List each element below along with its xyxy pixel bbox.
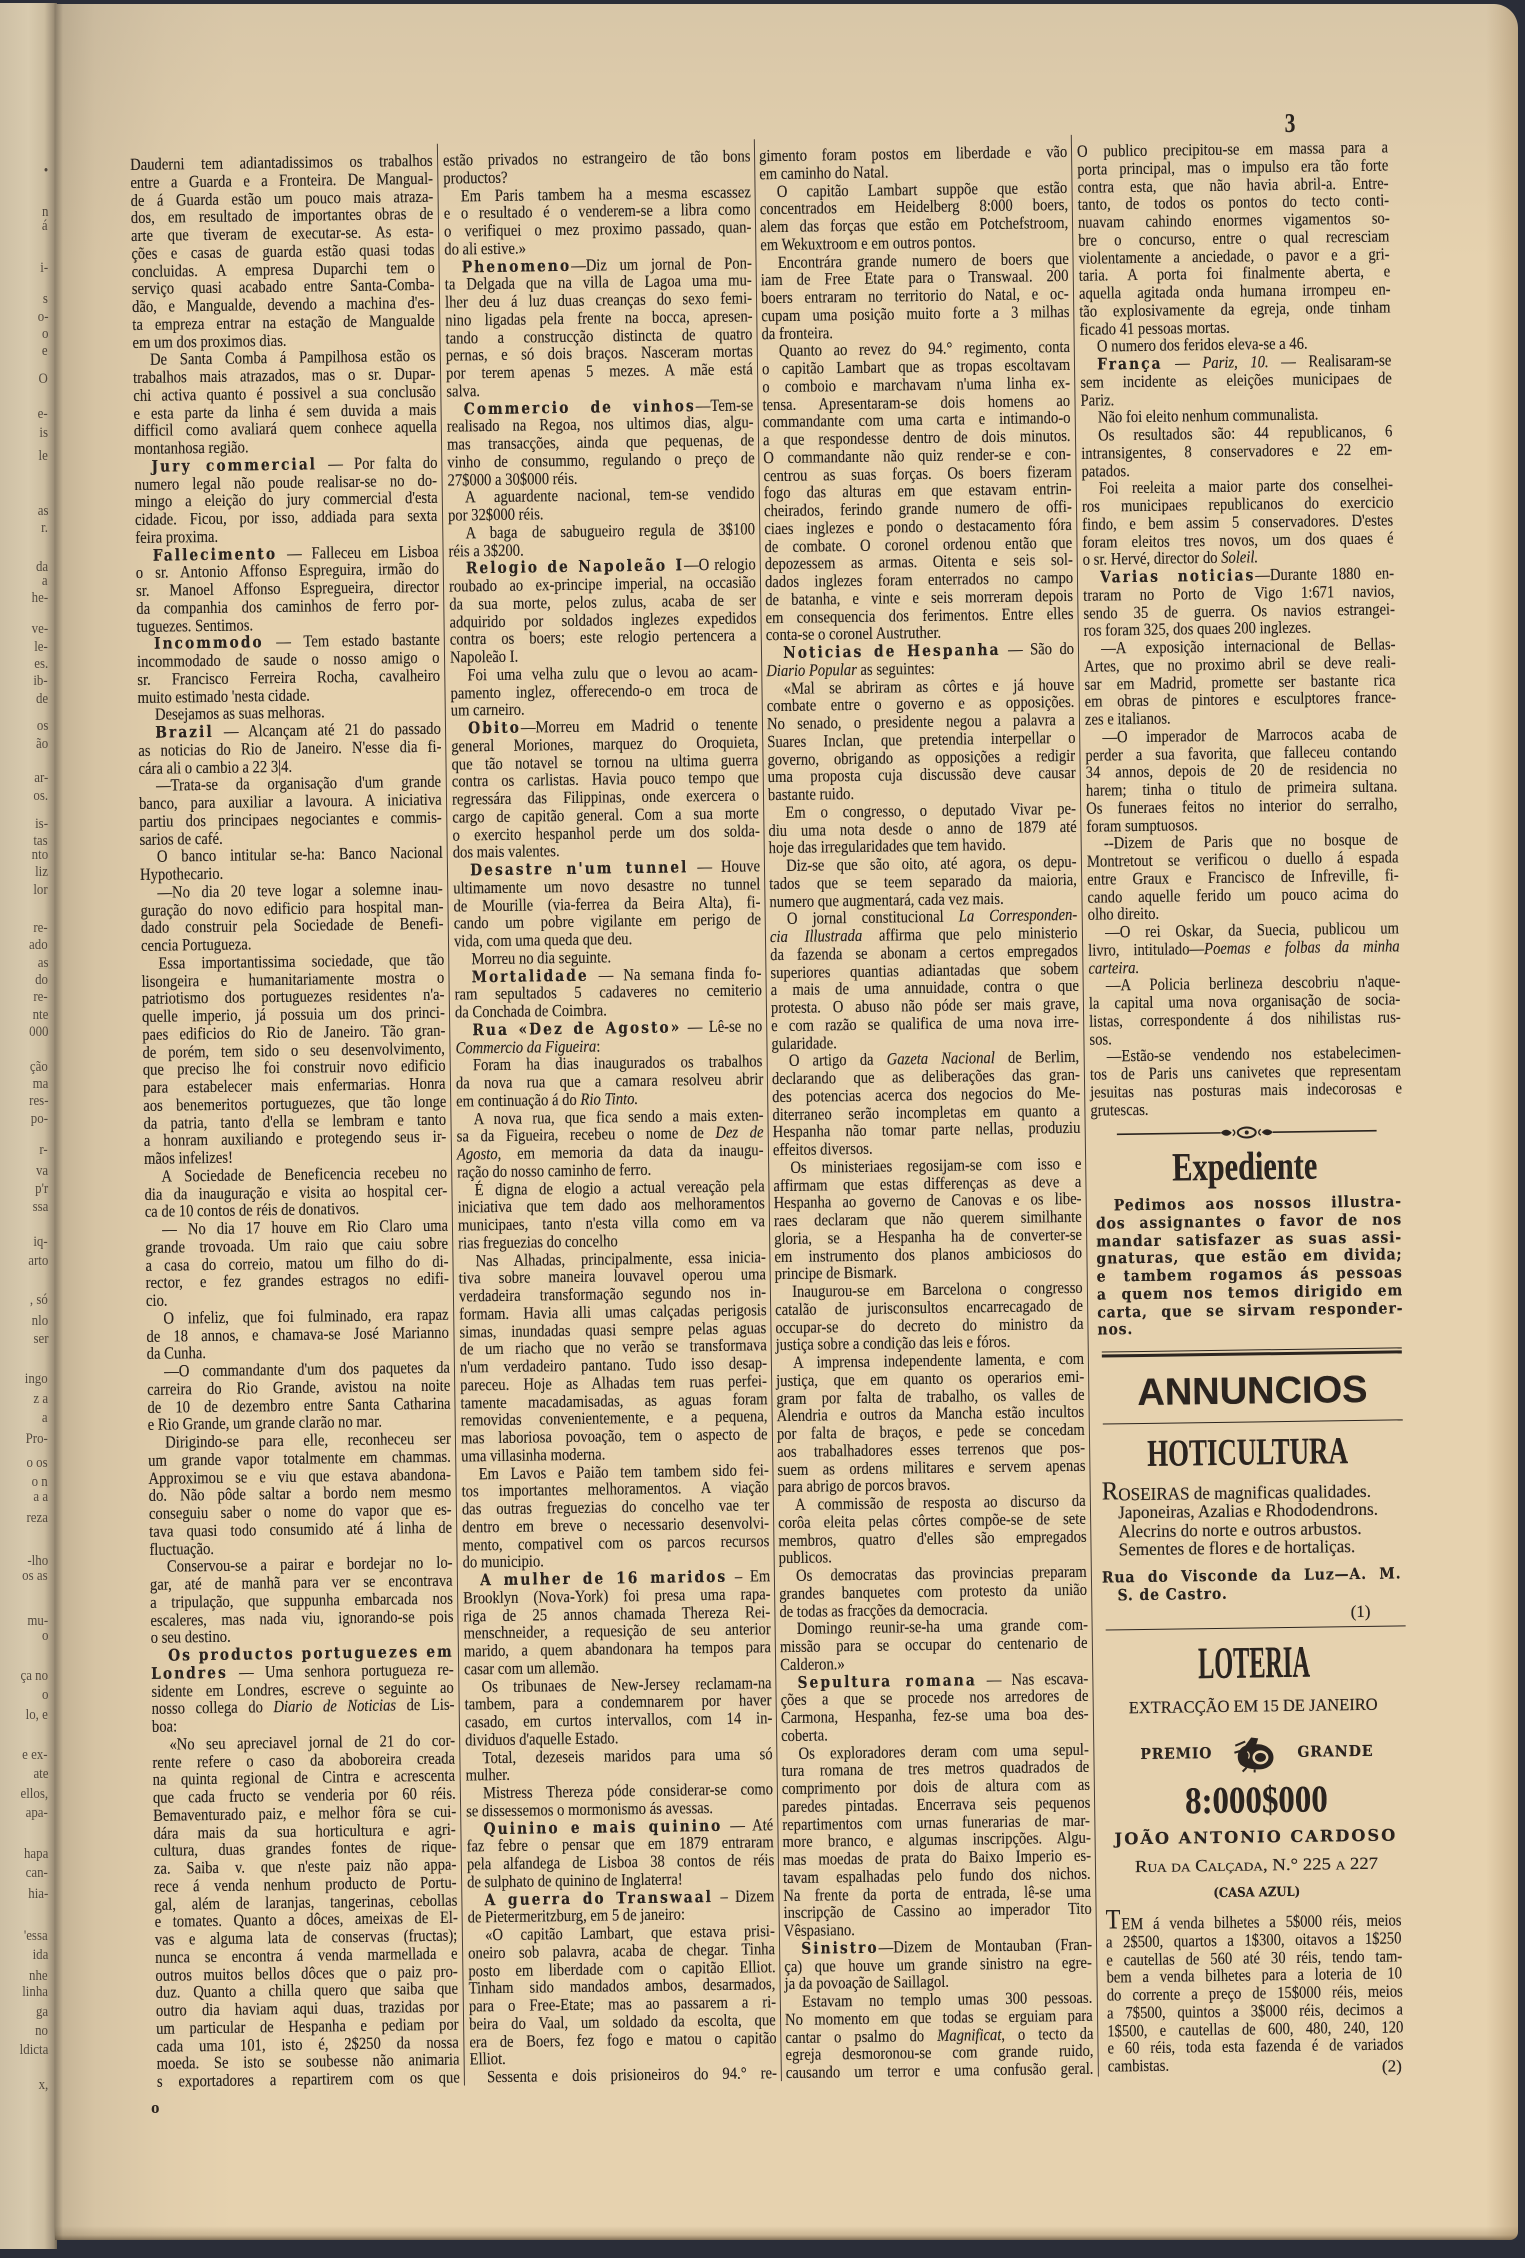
paragraph: Em o congresso, o deputado Vivar pe-diu …: [768, 800, 1077, 858]
column-1: Dauderni tem adiantadissimos os trabalho…: [130, 152, 460, 2091]
paragraph: «O capitão Lambart, que estava prisi-one…: [468, 1922, 777, 2068]
loteria-title-text: LOTERIA: [1198, 1640, 1310, 1687]
vendor-name: JOÃO ANTONIO CARDOSO: [1114, 1827, 1397, 1847]
vendor-house: (CASA AZUL): [1213, 1886, 1300, 1901]
text-line: Sessenta e dois prisioneiros do 94.° re-: [470, 2064, 777, 2086]
line-text: publicos.: [779, 1549, 832, 1568]
ornamental-divider-icon: [1117, 1124, 1377, 1142]
loteria-ad-title: LOTERIA: [1198, 1640, 1311, 1687]
line-text: Calderon.»: [780, 1655, 845, 1674]
paragraph: estão privados no estrangeiro de tão bon…: [443, 147, 750, 187]
draw-date: EXTRACÇÃO EM 15 DE JANEIRO: [1129, 1696, 1378, 1716]
prize-label-text: GRANDE: [1297, 1743, 1373, 1760]
expediente-notice: Pedimos aos nossos illustra- dos assigna…: [1096, 1192, 1404, 1338]
paragraph: O jornal constitucional La Corresponden-…: [770, 906, 1080, 1052]
horticultura-address: Rua do Visconde da Luz—A. M. S. de Castr…: [1102, 1564, 1402, 1604]
text-line: S. de Castro.: [1102, 1582, 1402, 1604]
annuncios-title: ANNUNCIOS: [1137, 1371, 1368, 1412]
paragraph: Sessenta e dois prisioneiros do 94.° re-: [470, 2064, 777, 2086]
paragraph: Desastre n'um tunnel — Houveultimamente …: [453, 857, 761, 950]
draw-date-text: EXTRACÇÃO EM 15 DE JANEIRO: [1129, 1696, 1378, 1716]
line-text: Elliot.: [469, 2050, 505, 2068]
column-2: estão privados no estrangeiro de tão bon…: [443, 147, 777, 2086]
paragraph: Dirigindo-se para elle, reconheceu serum…: [148, 1430, 453, 1558]
paragraph: A Sociedade de Beneficencia recebeu nodi…: [144, 1163, 448, 1220]
paragraph: A baga de sabugueiro regula de 3$100réis…: [448, 520, 755, 560]
line-text: mulher.: [466, 1766, 511, 1784]
paragraph: O artigo da Gazeta Nacional de Berlim,de…: [772, 1048, 1081, 1159]
paragraph: A guerra do Transwaal – Dizemde Pieterme…: [467, 1887, 774, 1927]
line-text: cio.: [146, 1292, 168, 1310]
horticultura-title-text: HOTICULTURA: [1147, 1432, 1348, 1473]
paragraph: Nas Alhadas, principalmente, essa inicia…: [458, 1248, 768, 1465]
line-text: S. de Castro.: [1117, 1585, 1227, 1604]
text-line: cambistas.: [1108, 2053, 1404, 2075]
text-line: nos.: [1097, 1317, 1403, 1339]
line-text: salva.: [446, 382, 480, 400]
article-headline: Obito: [468, 718, 521, 738]
paragraph: Dauderni tem adiantadissimos os trabalho…: [130, 152, 436, 351]
paragraph: Os exploradores deram com uma sepul-tura…: [781, 1740, 1092, 1940]
initial-letter: R: [1102, 1483, 1119, 1502]
horticultura-ad-body: ROSEIRAS de magnificas qualidades. Japon…: [1102, 1481, 1403, 1558]
paragraph: O capitão Lambart suppõe que estãoconcen…: [759, 178, 1068, 253]
paragraph: Os productos portuguezes emLondres — Uma…: [151, 1643, 455, 1736]
paragraph: É digna de elogio a actual vereação pela…: [457, 1177, 765, 1252]
paragraph: Foi uma velha zulu que o levou ao acam-p…: [450, 662, 758, 720]
paragraph: De Santa Comba á Pampilhosa estão ostrab…: [133, 347, 437, 458]
line-text: Sementes de flores e de hortaliças.: [1119, 1537, 1356, 1559]
paragraph: A imprensa independente lamenta, e comju…: [776, 1350, 1086, 1496]
lottery-emblem-icon: [1232, 1733, 1278, 1773]
paragraph: —Trata-se da organisação d'um grandebanc…: [139, 773, 443, 848]
loteria-ad-body: TEM á venda bilhetes a 5$000 réis, meios…: [1106, 1911, 1404, 2075]
prize-label-text: PREMIO: [1140, 1745, 1212, 1762]
vendor-house-text: (CASA AZUL): [1213, 1886, 1300, 1901]
double-rule: [1102, 1347, 1402, 1357]
paragraph: Total, dezeseis maridos para uma sómulhe…: [465, 1745, 772, 1785]
line-text: fluctuação.: [149, 1539, 214, 1558]
line-text: boa:: [152, 1717, 177, 1735]
paragraph: Mortalidade — Na semana finda fo-ram sep…: [454, 964, 762, 1022]
horticultura-ad-title: HOTICULTURA: [1147, 1432, 1349, 1473]
paragraph: A commissão de resposta ao discurso daco…: [778, 1492, 1087, 1567]
paragraph: O banco intitular se-ha: Banco NacionalH…: [140, 844, 443, 884]
italic-title: Diario de Noticias: [273, 1696, 396, 1717]
column-3: gimento foram postos em liberdade e vãoe…: [759, 143, 1094, 2082]
paragraph: Estavam no templo umas 300 pessoas.No mo…: [785, 1989, 1094, 2082]
expediente-title: Expediente: [1172, 1146, 1318, 1188]
article-headline: Brazil: [155, 722, 214, 742]
text-line: causando um terror e uma confusão geral.: [786, 2060, 1094, 2082]
paragraph: Sepultura romana — Nas escava-ções a que…: [780, 1669, 1089, 1744]
paragraph: Commercio de vinhos—Tem-serealisado na R…: [446, 396, 754, 489]
paragraph: —O commandante d'um dos paquetes dacarre…: [147, 1359, 451, 1434]
text-line: Sementes de flores e de hortaliças.: [1102, 1536, 1402, 1558]
prize-label-right: GRANDE: [1297, 1743, 1373, 1760]
paragraph: Foram ha dias inaugurados os trabalhosda…: [456, 1053, 764, 1111]
vendor-address: Rua da Calçada, N.° 225 a 227: [1135, 1856, 1378, 1875]
line-text: coberta.: [781, 1726, 828, 1744]
paragraph: «No seu apreciavel jornal de 21 do cor-r…: [152, 1731, 460, 2090]
prize-label-left: PREMIO: [1140, 1745, 1212, 1762]
italic-title: Agosto: [457, 1144, 498, 1164]
paragraph: Mistress Thereza póde considerar-se como…: [466, 1780, 773, 1820]
paragraph: Quinino e mais quinino — Atéfaz febre o …: [466, 1816, 774, 1891]
paragraph: Noticias de Hespanha — São doDiario Popu…: [766, 640, 1074, 680]
paragraph: Brazil — Alcançam até 21 do passadoas no…: [138, 720, 442, 777]
paragraph: A aguardente nacional, tem-se vendidopor…: [448, 485, 755, 525]
paragraph: Quanto ao revez do 94.° regimento, conta…: [762, 338, 1074, 644]
line-text: nos.: [1097, 1320, 1133, 1338]
paragraph: Em Paris tambem ha a mesma escasseze o r…: [443, 183, 751, 258]
text-line: s exportadores a repartirem com os que: [157, 2069, 460, 2091]
paragraph: Diz-se que são oito, até agora, os depu-…: [769, 853, 1078, 911]
printed-content: Dauderni tem adiantadissimos os trabalho…: [0, 0, 1525, 2258]
annuncios-title-text: ANNUNCIOS: [1137, 1371, 1368, 1412]
paragraph: Obito—Morreu em Madrid o tenentegeneral …: [451, 715, 760, 861]
paragraph: Os tribunaes de New-Jersey reclamam-nata…: [464, 1674, 772, 1749]
line-text: causando um terror e uma confusão geral.: [786, 2060, 1094, 2082]
paragraph: O infeliz, que foi fulminado, era rapazd…: [146, 1305, 450, 1362]
italic-title: Dez de: [715, 1123, 763, 1143]
section-rule: [1103, 1419, 1403, 1424]
section-rule: [1106, 1625, 1406, 1630]
paragraph: A mulher de 16 maridos – EmBrooklyn (Nov…: [463, 1567, 771, 1678]
line-text: da Cunha.: [147, 1344, 207, 1363]
ad-reference-number: (2): [1380, 2057, 1402, 2075]
paragraph: Sinistro—Dizem de Montauban (Fran-ça) qu…: [784, 1935, 1093, 1993]
paragraph: Relogio de Napoleão I—O relogioroubado a…: [449, 556, 757, 667]
paragraph: Jury commercial — Por falta donumero leg…: [134, 453, 438, 546]
expediente-title-text: Expediente: [1172, 1146, 1318, 1188]
paragraph: Domingo reunir-se-ha uma grande com-miss…: [780, 1616, 1089, 1674]
prize-amount: 8:000$000: [1185, 1780, 1329, 1820]
paragraph: gimento foram postos em liberdade e vãoe…: [759, 143, 1067, 183]
paragraph: Em Lavos e Paião tem tambem sido fei-tos…: [461, 1461, 769, 1572]
paragraph: Os democratas das provincias preparamgra…: [779, 1563, 1088, 1621]
line-text: s exportadores a repartirem com os que: [157, 2069, 460, 2091]
line-text: cambistas.: [1108, 2057, 1170, 2076]
prize-amount-text: 8:000$000: [1185, 1780, 1328, 1820]
paragraph: «Mal se abriram as côrtes e já houvecomb…: [766, 675, 1076, 804]
italic-title: Rio Tinto.: [580, 1089, 638, 1109]
advertisements-column: Expediente Pedimos aos nossos illustra- …: [1075, 0, 1417, 2245]
line-text: productos?: [443, 168, 507, 187]
vendor-address-text: Rua da Calçada, N.° 225 a 227: [1135, 1856, 1378, 1875]
paragraph: — No dia 17 houve em Rio Claro umagrande…: [145, 1217, 449, 1310]
paragraph: Encontrára grande numero de boers queiam…: [760, 249, 1069, 342]
paragraph: —No dia 20 teve logar a solemne inau-gur…: [140, 879, 444, 954]
paragraph: Inaugurou-se em Barcelona o congressocat…: [775, 1279, 1084, 1354]
paragraph: Os ministeriaes regosijam-se com isso ea…: [773, 1155, 1083, 1284]
line-text: Sessenta e dois prisioneiros do 94.° re-: [487, 2064, 777, 2086]
vendor-name-text: JOÃO ANTONIO CARDOSO: [1114, 1827, 1397, 1847]
paragraph: A nova rua, que fica sendo a mais exten-…: [456, 1106, 764, 1181]
ad-reference-number: (1): [1348, 1603, 1370, 1621]
line-text: gularidade.: [771, 1034, 837, 1053]
paragraph: Fallecimento — Falleceu em Lisboao sr. A…: [135, 542, 439, 635]
initial-letter: T: [1106, 1912, 1121, 1930]
paragraph: Phenomeno—Diz um jornal de Pon-ta Delgad…: [444, 254, 753, 400]
paragraph: Rua «Dez de Agosto» — Lê-se noCommercio …: [455, 1017, 762, 1057]
paragraph: Essa importantissima sociedade, que tãol…: [141, 950, 447, 1167]
paragraph: Conservou-se a pairar e bordejar no lo-g…: [150, 1554, 454, 1647]
paragraph: Incommodo — Tem estado bastanteincommoda…: [137, 631, 441, 706]
